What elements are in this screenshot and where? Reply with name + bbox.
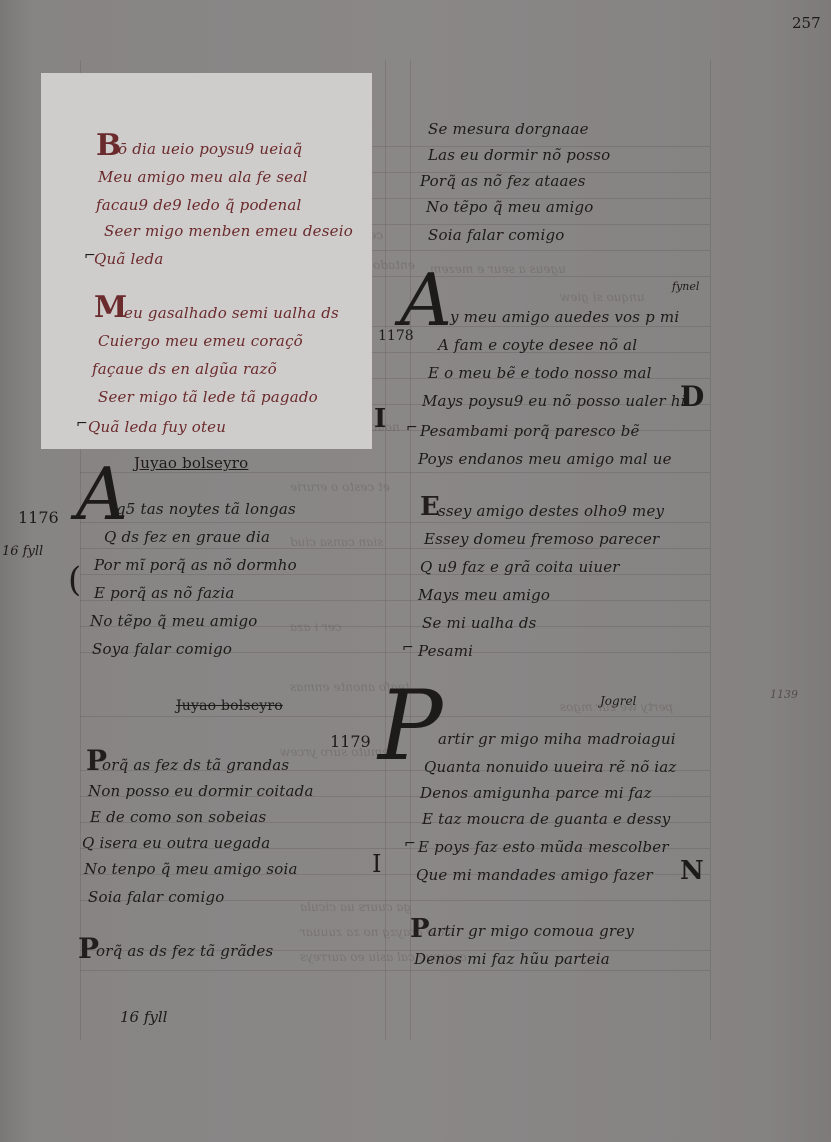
manuscript-page: nuar ce yu ceme um eiro entado luca remu… [0, 0, 831, 1142]
verse-line: façaue ds en algũa razõ [92, 360, 277, 378]
verse-line: Soia falar comigo [428, 226, 564, 244]
verse-line: Poys endanos meu amigo mal ue [418, 450, 672, 468]
verse-line: Quã leda [94, 250, 164, 268]
verse-line: E poys faz esto mũda mescolber [418, 838, 669, 856]
verse-line: E de como son sobeias [90, 808, 266, 826]
ruling-line [80, 548, 710, 549]
verse-line: y meu amigo auedes vos p mi [450, 308, 679, 326]
verse-line: No tẽpo q̃ meu amigo [90, 612, 258, 630]
ruling-line [80, 970, 710, 971]
verse-line: Seer migo menben emeu deseio [104, 222, 353, 240]
poem-number: 1179 [330, 732, 371, 751]
verse-line: No tenpo q̃ meu amigo soia [84, 860, 298, 878]
verse-line: Mays poysu9 eu nõ posso ualer hi [422, 392, 686, 410]
verse-line: Se mesura dorgnaae [428, 120, 589, 138]
ruling-column-divider [385, 60, 386, 1040]
verse-line: Mays meu amigo [418, 586, 550, 604]
verse-line: Q ds fez en graue dia [104, 528, 270, 546]
margin-mark: I [374, 404, 386, 434]
verse-line: ssey amigo destes olho9 mey [438, 502, 664, 520]
refrain-mark: ⌐ [406, 420, 418, 436]
verse-line: E o meu bẽ e todo nosso mal [428, 364, 652, 382]
verse-line: orq̃ as fez ds tã grandas [102, 756, 289, 774]
verse-line: Seer migo tã lede tã pagado [98, 388, 318, 406]
verse-line: Q isera eu outra uegada [82, 834, 270, 852]
verse-line: Quanta nonuido uueira rẽ nõ iaz [424, 758, 677, 776]
verse-line: Soya falar comigo [92, 640, 232, 658]
verse-line: q5 tas noytes tã longas [116, 500, 296, 518]
verse-line: No tẽpo q̃ meu amigo [426, 198, 594, 216]
verse-line: facau9 de9 ledo q̃ podenal [96, 196, 302, 214]
verse-line: Non posso eu dormir coitada [88, 782, 314, 800]
verse-line: Soia falar comigo [88, 888, 224, 906]
bracket-mark: ( [68, 560, 81, 600]
ruling-line [80, 472, 710, 473]
rubric-author-struck: Juyao bolseyro [176, 698, 283, 714]
refrain-mark: ⌐ [76, 416, 88, 432]
margin-mark: I [372, 850, 381, 878]
margin-note: 16 fyll [2, 544, 43, 559]
margin-note: fynel [672, 280, 699, 293]
footer-note: 16 fyll [120, 1008, 167, 1026]
verse-line: artir gr migo miha madroiagui [438, 730, 676, 748]
verse-line: eu gasalhado semi ualha ds [124, 304, 339, 322]
verse-line: Por mĩ porq̃ as nõ dormho [94, 556, 297, 574]
verse-line: orq̃ as ds fez tã grãdes [96, 942, 273, 960]
verse-line: E taz moucra de guanta e dessy [422, 810, 670, 828]
verse-line: E porq̃ as nõ fazia [94, 584, 235, 602]
verse-line: Essey domeu fremoso parecer [424, 530, 659, 548]
verse-line: Pesambami porq̃ paresco bẽ [420, 422, 640, 440]
ruling-column-right-left [410, 60, 411, 1040]
refrain-mark: ⌐ [404, 836, 416, 852]
decorated-initial: A [76, 452, 128, 536]
verse-line: Meu amigo meu ala fe seal [98, 168, 308, 186]
rubric-author: Juyao bolseyro [134, 454, 248, 472]
verse-line: Pesami [418, 642, 473, 660]
folio-number: 257 [792, 14, 821, 32]
margin-note: 1139 [770, 688, 798, 701]
verse-line: Cuiergo meu emeu coraçõ [98, 332, 303, 350]
ruling-line [80, 522, 710, 523]
margin-note: Jogrel [600, 694, 636, 708]
initial-letter: M [94, 290, 127, 325]
initial-letter: P [410, 914, 430, 944]
ruling-column-right-right [710, 60, 711, 1040]
verse-line: Q u9 faz e grã coita uiuer [420, 558, 620, 576]
verse-line: Las eu dormir nõ posso [428, 146, 610, 164]
refrain-mark: ⌐ [402, 640, 414, 656]
poem-number: 1176 [18, 508, 59, 527]
verse-line: Quã leda fuy oteu [88, 418, 226, 436]
margin-mark: D [680, 380, 704, 413]
verse-line: ō dia ueio poysu9 ueiaq̃ [118, 140, 302, 158]
verse-line: artir gr migo comoua grey [428, 922, 634, 940]
initial-letter: E [420, 492, 440, 522]
verse-line: Denos mi faz hũu parteia [414, 950, 610, 968]
verse-line: Denos amigunha parce mi faz [420, 784, 652, 802]
margin-mark: N [680, 856, 704, 886]
decorated-initial: A [400, 258, 452, 342]
verse-line: Se mi ualha ds [422, 614, 537, 632]
verse-line: Que mi mandades amigo fazer [416, 866, 653, 884]
verse-line: A fam e coyte desee nõ al [438, 336, 637, 354]
verse-line: Porq̃ as nõ fez ataaes [420, 172, 586, 190]
